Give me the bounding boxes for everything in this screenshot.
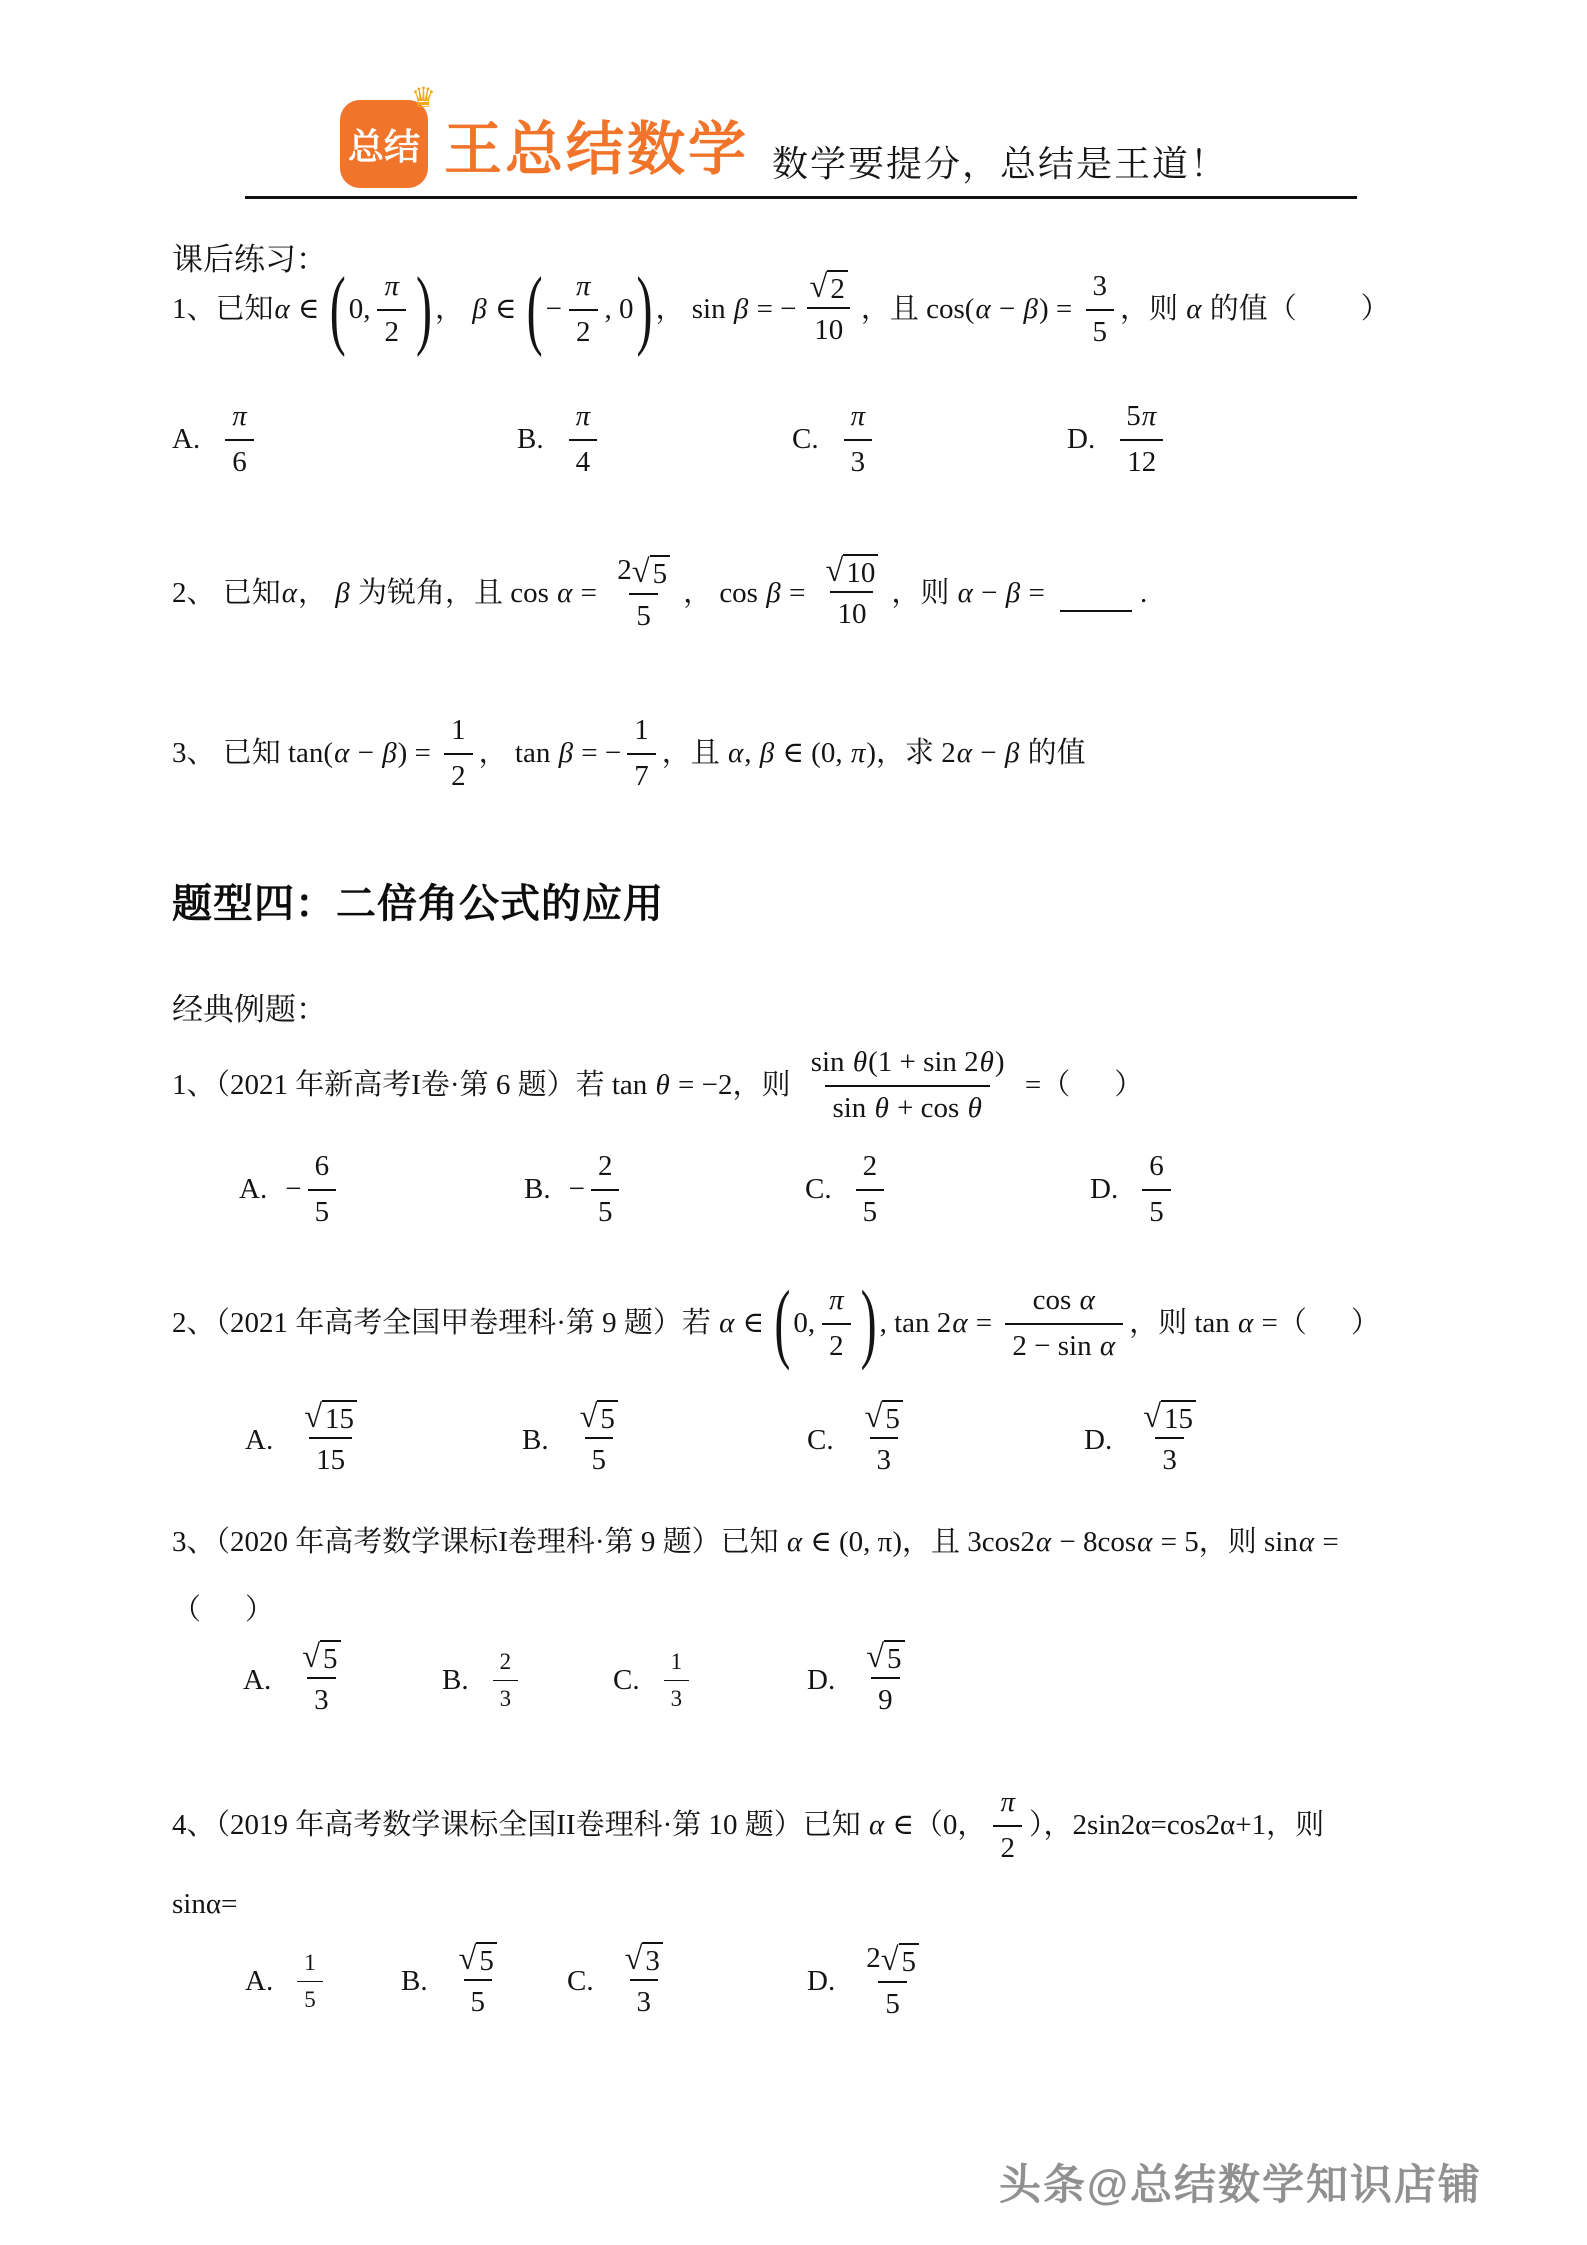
examples-heading: 经典例题： [172, 984, 1487, 1029]
option-c: C.13 [613, 1647, 807, 1714]
square-root: √5 [580, 1400, 618, 1434]
radicand: 15 [322, 1400, 357, 1434]
math-text: 2 − sin [1012, 1328, 1098, 1366]
denominator: 3 [870, 1437, 899, 1480]
radical-glyph: √ [302, 1641, 320, 1673]
math-text: = − [749, 291, 796, 329]
math-text: )，求 2 [866, 735, 955, 773]
math-variable: α [786, 1524, 803, 1562]
option-label: A. [243, 1664, 271, 1697]
option-a: A.π6 [172, 398, 517, 481]
option-label: B. [522, 1424, 549, 1457]
numerator: 2 [856, 1148, 885, 1189]
option-label: A. [239, 1173, 267, 1206]
math-variable: π [231, 398, 248, 436]
math-text: − [569, 1171, 585, 1209]
option-a: A.√1515 [245, 1400, 522, 1480]
fraction: 15 [297, 1948, 323, 2015]
example-problem-4-line2: sinα= [172, 1886, 1487, 1924]
fraction: √1010 [819, 554, 886, 634]
math-text: ，且 cos( [861, 291, 975, 329]
math-text: ， cos [683, 575, 765, 613]
math-text: 5 [323, 1643, 338, 1675]
math-text: 4 [576, 444, 591, 482]
square-root: √5 [632, 555, 670, 589]
math-text: ），2sin2α=cos2α+1，则 [1029, 1807, 1324, 1845]
fraction: 25 [856, 1148, 885, 1231]
option-value: √55 [567, 1400, 631, 1480]
example-problem-2: 2、（2021 年高考全国甲卷理科·第 9 题）若 α ∈ (0,π2), ta… [172, 1282, 1487, 1365]
math-text: = −2，则 [671, 1067, 798, 1105]
math-text: 5 [592, 1442, 607, 1480]
square-root: √5 [459, 1942, 497, 1976]
denominator: 3 [1155, 1437, 1184, 1480]
numerator: √5 [573, 1400, 625, 1437]
math-text: ， [298, 575, 334, 613]
fraction: 35 [1086, 268, 1115, 351]
example-3-options: A.√53 B.23 C.13 D.√59 [172, 1640, 1487, 1720]
math-text: 2 [617, 552, 632, 590]
math-variable: α [1099, 1328, 1116, 1366]
math-text: = [573, 575, 604, 613]
math-text: = [1021, 575, 1052, 613]
section-heading: 题型四：二倍角公式的应用 [172, 872, 1487, 929]
math-text: 的值 [1020, 735, 1085, 773]
math-text: 1 [671, 1647, 683, 1677]
radicand: 15 [1161, 1400, 1196, 1434]
denominator: 2 [569, 309, 598, 352]
option-d: D.2√55 [807, 1940, 932, 2023]
option-c: C.√33 [567, 1942, 807, 2022]
fraction: 13 [664, 1647, 690, 1714]
math-text: 5 [598, 1194, 613, 1232]
option-label: D. [1090, 1173, 1118, 1206]
numerator: √5 [295, 1640, 347, 1677]
option-value: √53 [852, 1400, 916, 1480]
math-text: 2、 已知 [172, 575, 281, 613]
option-label: D. [807, 1965, 835, 1998]
option-label: D. [807, 1664, 835, 1697]
math-text: 2 [384, 314, 399, 352]
math-text: 5 [1093, 314, 1108, 352]
math-variable: β [759, 735, 775, 773]
answer-blank [1060, 576, 1132, 612]
math-text: − [285, 1171, 301, 1209]
math-text: = [969, 1305, 1000, 1343]
math-text: − [973, 735, 1004, 773]
numerator: π [992, 1784, 1023, 1825]
numerator: √15 [1136, 1400, 1203, 1437]
math-text: 4、（2019 年高考数学课标全国II卷理科·第 10 题）已知 [172, 1807, 868, 1845]
denominator: 10 [807, 307, 850, 350]
math-text: 6 [315, 1148, 330, 1186]
numerator: 1 [444, 712, 473, 753]
fraction: 2√55 [610, 552, 677, 635]
radicand: 10 [843, 554, 878, 588]
option-value: π4 [562, 398, 605, 481]
denominator: 5 [464, 1979, 493, 2022]
option-value: π6 [218, 398, 261, 481]
example-problem-4: 4、（2019 年高考数学课标全国II卷理科·第 10 题）已知 α ∈（0，π… [172, 1784, 1487, 1867]
big-paren: ) [416, 265, 432, 354]
radicand: 5 [320, 1640, 341, 1674]
denominator: 10 [830, 591, 873, 634]
math-variable: π [383, 268, 400, 306]
math-text: sin [832, 1090, 873, 1128]
math-variable: π [575, 268, 592, 306]
math-variable: α [274, 291, 291, 329]
math-text: 5 [315, 1194, 330, 1232]
math-variable: π [850, 735, 867, 773]
radical-glyph: √ [866, 1641, 884, 1673]
math-text: 3 [671, 1684, 683, 1714]
math-text: =（ [1254, 1305, 1307, 1343]
square-root: √5 [302, 1640, 340, 1674]
option-d: D.65 [1090, 1148, 1177, 1231]
square-root: √5 [866, 1640, 904, 1674]
option-a: A.15 [245, 1948, 401, 2015]
math-text: 1 [451, 712, 466, 750]
math-text: 5 [1149, 1194, 1164, 1232]
fraction: π2 [568, 268, 599, 351]
crown-icon: ♛ [411, 84, 436, 112]
numerator: 2 [591, 1148, 620, 1189]
math-text: ） [1114, 1067, 1143, 1105]
brand-name: 王总结数学 [444, 102, 749, 186]
option-b: B.√55 [401, 1942, 567, 2022]
option-value: π3 [837, 398, 880, 481]
square-root: √10 [826, 554, 879, 588]
radical-glyph: √ [881, 1944, 899, 1976]
math-variable: β [1005, 575, 1021, 613]
math-variable: α [1035, 1524, 1052, 1562]
numerator: π [568, 268, 599, 309]
math-text: ) = [398, 735, 439, 773]
numerator: cos α [1026, 1282, 1103, 1323]
math-text: 5 [304, 1985, 316, 2015]
math-text: 12 [1127, 444, 1156, 482]
math-text: = 5，则 sin [1153, 1524, 1297, 1562]
option-label: D. [1084, 1424, 1112, 1457]
example-problem-3-line2: （） [172, 1592, 1487, 1630]
logo-badge: ♛ 总结 [340, 100, 428, 188]
math-variable: α [1237, 1305, 1254, 1343]
math-variable: π [850, 398, 867, 436]
option-label: A. [172, 423, 200, 456]
big-paren: ) [861, 1279, 877, 1368]
math-text: 2 [866, 1940, 881, 1978]
math-variable: α [1185, 291, 1202, 329]
math-variable: β [471, 291, 487, 329]
option-value: √153 [1130, 1400, 1209, 1480]
numerator: 1 [627, 712, 656, 753]
math-text: 2 [576, 314, 591, 352]
example-problem-3: 3、（2020 年高考数学课标I卷理科·第 9 题）已知 α ∈ (0, π)，… [172, 1524, 1487, 1562]
header-divider [245, 196, 1357, 199]
math-variable: α [281, 575, 298, 613]
denominator: 2 [444, 753, 473, 796]
math-variable: α [1079, 1282, 1096, 1320]
numerator: 1 [297, 1948, 323, 1981]
math-text: 2 [451, 758, 466, 796]
math-text: 3、（2020 年高考数学课标I卷理科·第 9 题）已知 [172, 1524, 786, 1562]
math-text: ） [1351, 1305, 1380, 1343]
square-root: √5 [881, 1943, 919, 1977]
math-text: 0, [349, 291, 371, 329]
math-text: 3、 已知 tan( [172, 735, 333, 773]
math-text: , tan 2 [880, 1305, 952, 1343]
math-text: ， sin [656, 291, 733, 329]
numerator: π [568, 398, 599, 439]
option-label: C. [567, 1965, 594, 1998]
math-text: 6 [1149, 1148, 1164, 1186]
math-text: 10 [814, 312, 843, 350]
math-text: 5 [479, 1945, 494, 1977]
numerator: √10 [819, 554, 886, 591]
fraction: √53 [858, 1400, 910, 1480]
denominator: 2 − sin α [1005, 1323, 1123, 1366]
option-label: B. [517, 423, 544, 456]
fraction: π4 [568, 398, 599, 481]
numerator: 2√5 [610, 552, 677, 593]
fraction: 65 [308, 1148, 337, 1231]
math-text: ） [245, 1592, 274, 1630]
big-paren: ( [330, 265, 346, 354]
numerator: 5π [1119, 398, 1164, 439]
option-label: C. [613, 1664, 640, 1697]
math-variable: α [718, 1305, 735, 1343]
numerator: √3 [618, 1942, 670, 1979]
radical-glyph: √ [459, 1943, 477, 1975]
math-variable: α [556, 575, 573, 613]
logo-badge-text: 总结 [348, 119, 420, 170]
numerator: π [843, 398, 874, 439]
math-text: 5 [600, 1403, 615, 1435]
radicand: 5 [899, 1943, 920, 1977]
math-text: ，则 [891, 575, 956, 613]
brand-logo: ♛ 总结 王总结数学 [340, 100, 749, 188]
numerator: √5 [859, 1640, 911, 1677]
numerator: 2 [493, 1647, 519, 1680]
option-value: 13 [658, 1647, 696, 1714]
worksheet-page: ♛ 总结 王总结数学 数学要提分，总结是王道！ 课后练习： 1、已知α ∈ (0… [0, 0, 1587, 2245]
math-text: 3 [645, 1945, 660, 1977]
math-text: 15 [325, 1403, 354, 1435]
math-text: = [782, 575, 813, 613]
math-text: 5 [636, 598, 651, 636]
math-variable: α [727, 735, 744, 773]
option-label: A. [245, 1424, 273, 1457]
radical-glyph: √ [625, 1943, 643, 1975]
denominator: 5 [1142, 1189, 1171, 1232]
big-paren: ( [774, 1279, 790, 1368]
fraction: √53 [295, 1640, 347, 1720]
denominator: 2 [993, 1825, 1022, 1868]
math-text: ，则 tan [1129, 1305, 1237, 1343]
fraction: 5π12 [1119, 398, 1164, 481]
practice-problem-1: 1、已知α ∈ (0,π2)， β ∈ (−π2, 0)， sin β = −√… [172, 268, 1487, 351]
math-variable: π [999, 1784, 1016, 1822]
math-text: ∈ [735, 1305, 771, 1343]
math-text: 5 [885, 1403, 900, 1435]
option-b: B.23 [442, 1647, 613, 1714]
math-text: 2 [830, 273, 845, 305]
math-text: 2 [1000, 1830, 1015, 1868]
math-text: ) = [1039, 291, 1080, 329]
math-text: cos [1033, 1282, 1079, 1320]
denominator: 12 [1120, 439, 1163, 482]
fraction: 25 [591, 1148, 620, 1231]
option-a: A.−65 [239, 1148, 524, 1231]
math-text: 3 [1162, 1442, 1177, 1480]
option-c: C.25 [805, 1148, 1090, 1231]
fraction: 17 [627, 712, 656, 795]
numerator: sin θ(1 + sin 2θ) [804, 1044, 1012, 1085]
option-a: A.√53 [243, 1640, 442, 1720]
math-text: sin [811, 1044, 852, 1082]
denominator: 5 [585, 1437, 614, 1480]
math-variable: θ [655, 1067, 671, 1105]
radical-glyph: √ [810, 271, 828, 303]
option-value: √59 [853, 1640, 917, 1720]
radicand: 5 [597, 1400, 618, 1434]
math-text: 3 [1093, 268, 1108, 306]
denominator: 9 [871, 1677, 900, 1720]
math-text: 5 [902, 1946, 917, 1978]
numerator: √15 [297, 1400, 364, 1437]
option-value: √55 [446, 1942, 510, 2022]
numerator: √5 [858, 1400, 910, 1437]
math-text: = [1315, 1524, 1339, 1562]
option-value: 23 [487, 1647, 525, 1714]
example-1-options: A.−65 B.−25 C.25 D.65 [172, 1148, 1487, 1231]
math-text: 3 [500, 1684, 512, 1714]
math-text: . [1140, 575, 1147, 613]
example-2-options: A.√1515 B.√55 C.√53 D.√153 [172, 1400, 1487, 1480]
math-text: 3 [877, 1442, 892, 1480]
math-variable: α [951, 1305, 968, 1343]
fraction: sin θ(1 + sin 2θ)sin θ + cos θ [804, 1044, 1012, 1127]
math-text: 2 [863, 1148, 878, 1186]
math-variable: θ [979, 1044, 995, 1082]
math-text: ， tan [479, 735, 558, 773]
radicand: 5 [476, 1942, 497, 1976]
denominator: 5 [629, 593, 658, 636]
square-root: √3 [625, 1942, 663, 1976]
denominator: 6 [225, 439, 254, 482]
math-text: − [992, 291, 1023, 329]
math-text: ，则 [1120, 291, 1185, 329]
math-variable: θ [852, 1044, 868, 1082]
numerator: 1 [664, 1647, 690, 1680]
option-value: 2√55 [853, 1940, 932, 2023]
math-text: 5 [653, 558, 668, 590]
fraction: π2 [992, 1784, 1023, 1867]
math-variable: π [575, 398, 592, 436]
option-b: B.−25 [524, 1148, 805, 1231]
fraction: √33 [618, 1942, 670, 2022]
option-label: B. [524, 1173, 551, 1206]
denominator: 3 [664, 1680, 690, 1714]
denominator: 7 [627, 753, 656, 796]
denominator: 5 [308, 1189, 337, 1232]
numerator: π [821, 1282, 852, 1323]
math-text: ， [435, 291, 471, 329]
radical-glyph: √ [632, 556, 650, 588]
option-value: −65 [285, 1148, 342, 1231]
math-text: 2 [500, 1647, 512, 1677]
radicand: 3 [642, 1942, 663, 1976]
denominator: 3 [630, 1979, 659, 2022]
denominator: 2 [822, 1323, 851, 1366]
math-text: 5 [471, 1984, 486, 2022]
math-variable: β [558, 735, 574, 773]
math-text: 0, [793, 1305, 815, 1343]
radical-glyph: √ [826, 555, 844, 587]
option-label: C. [792, 423, 819, 456]
math-text: 10 [846, 557, 875, 589]
option-label: D. [1067, 423, 1095, 456]
math-text: , [744, 735, 759, 773]
brand-tagline: 数学要提分，总结是王道！ [772, 136, 1228, 187]
math-text: 5 [887, 1643, 902, 1675]
denominator: 5 [878, 1981, 907, 2024]
option-label: B. [442, 1664, 469, 1697]
denominator: 15 [309, 1437, 352, 1480]
option-d: D.√59 [807, 1640, 918, 1720]
option-value: 5π12 [1113, 398, 1170, 481]
practice-problem-3: 3、 已知 tan(α − β) = 12， tan β = −17，且 α, … [172, 712, 1487, 795]
practice-problem-2: 2、 已知α， β 为锐角，且 cos α = 2√55， cos β = √1… [172, 552, 1487, 635]
math-text: 为锐角，且 cos [351, 575, 556, 613]
math-variable: β [765, 575, 781, 613]
option-value: √1515 [291, 1400, 370, 1480]
math-variable: α [1136, 1524, 1153, 1562]
math-variable: α [974, 291, 991, 329]
example-4-options: A.15 B.√55 C.√33 D.2√55 [172, 1940, 1487, 2023]
option-value: 25 [850, 1148, 891, 1231]
math-text: 1 [634, 712, 649, 750]
denominator: 3 [307, 1677, 336, 1720]
radical-glyph: √ [304, 1401, 322, 1433]
option-c: C.π3 [792, 398, 1067, 481]
math-text: 7 [634, 758, 649, 796]
math-text: 2 [598, 1148, 613, 1186]
math-text: − [350, 735, 381, 773]
denominator: 5 [591, 1189, 620, 1232]
square-root: √5 [865, 1400, 903, 1434]
big-paren: ) [637, 265, 653, 354]
option-b: B.π4 [517, 398, 792, 481]
numerator: 6 [308, 1148, 337, 1189]
option-d: D.√153 [1084, 1400, 1209, 1480]
math-text: 的值（ [1203, 291, 1297, 329]
math-text: 5 [863, 1194, 878, 1232]
math-text: ∈ [291, 291, 327, 329]
fraction: cos α2 − sin α [1005, 1282, 1123, 1365]
fraction: 23 [493, 1647, 519, 1714]
math-text: 10 [837, 596, 866, 634]
math-variable: β [381, 735, 397, 773]
math-text: 2、（2021 年高考全国甲卷理科·第 9 题）若 [172, 1305, 718, 1343]
math-text: 6 [232, 444, 247, 482]
option-label: C. [805, 1173, 832, 1206]
math-text: ，且 [662, 735, 727, 773]
math-variable: α [956, 735, 973, 773]
fraction: √55 [573, 1400, 625, 1480]
square-root: √2 [810, 270, 848, 304]
math-text: =（ [1018, 1067, 1071, 1105]
